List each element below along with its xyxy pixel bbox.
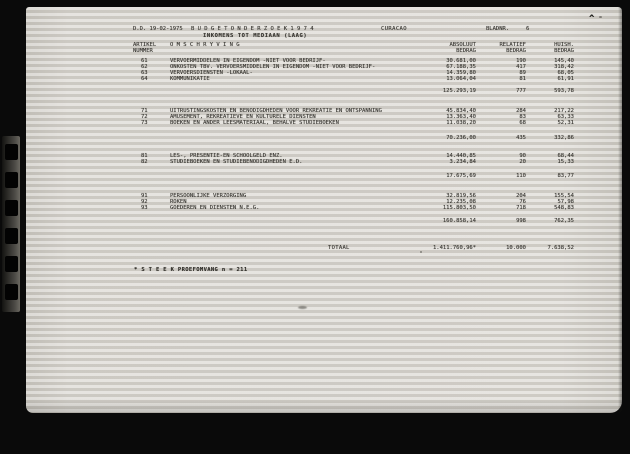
page-number: 6 [526,26,529,32]
subtotal-relatief-cell: 435 [476,135,526,141]
artikel-cell [141,218,170,224]
omschrijving-cell [170,173,396,179]
binding-hole [5,172,18,188]
report-title: B U D G E T O N D E R Z O E K 1 9 7 4 [191,26,314,32]
col-header-bedrag-2: BEDRAG [476,48,526,54]
subtotal-relatief-cell: 998 [476,218,526,224]
artikel-cell: 73 [141,120,170,126]
date-label: D.D. 19-02-1975 [133,26,183,32]
absoluut-cell: 13.064,04 [396,76,476,82]
total-relatief-cell: 10.000 [476,245,526,251]
artikel-cell [141,173,170,179]
binding-hole [5,256,18,272]
absoluut-cell: 3.234,84 [396,159,476,165]
col-header-nummer: NUMMER [133,48,170,54]
table-section: 91PERSOONLIJKE VERZORGING32.819,56204155… [141,193,574,224]
huish-cell: 52,31 [526,120,574,126]
scanned-paper: D.D. 19-02-1975 B U D G E T O N D E R Z … [26,7,622,413]
subtotal-absoluut-cell: 160.858,14 [396,218,476,224]
artikel-cell: 82 [141,159,170,165]
scan-speck [298,306,307,309]
huish-cell: 61,91 [526,76,574,82]
table-section: 71UITRUSTINGSKOSTEN EN BENODIGDHEDEN VOO… [141,108,574,141]
omschrijving-cell: KOMMUNIKATIE [170,76,396,82]
artikel-cell: 93 [141,205,170,211]
subtotal-row: 17.675,6911083,77 [141,173,574,179]
huish-cell: 548,83 [526,205,574,211]
total-row: TOTAAL 1.411.760,96* 10.000 7.638,52 [141,245,574,251]
col-header-bedrag-3: BEDRAG [526,48,574,54]
table-row: 82STUDIEBOEKEN EN STUDIEBENODIGDHEDEN E.… [141,159,574,165]
sample-size-footnote: * S T E E K PROEFOMVANG n = 211 [134,267,248,273]
binding-hole [5,200,18,216]
relatief-cell: 20 [476,159,526,165]
subtotal-absoluut-cell: 17.675,69 [396,173,476,179]
table-section: 81LES-, PRESENTIE-EN SCHOOLGELD ENZ.14.4… [141,153,574,179]
scan-speck [599,16,602,18]
artikel-cell: 64 [141,76,170,82]
omschrijving-cell [170,218,396,224]
huish-cell: 15,33 [526,159,574,165]
table-section: 61VERVOERMIDDELEN IN EIGENDOM -NIET VOOR… [141,58,574,94]
subtotal-relatief-cell: 777 [476,88,526,94]
subtotal-row: 160.858,14998762,35 [141,218,574,224]
omschrijving-cell: GOEDEREN EN DIENSTEN N.E.G. [170,205,396,211]
binding-hole [5,284,18,300]
omschrijving-cell: BOEKEN EN ANDER LEESMATERIAAL, BEHALVE S… [170,120,396,126]
subtotal-huish-cell: 332,86 [526,135,574,141]
scan-mark: ^ [589,16,598,23]
subtotal-huish-cell: 593,78 [526,88,574,94]
absoluut-cell: 11.038,20 [396,120,476,126]
relatief-cell: 68 [476,120,526,126]
report-subtitle: INKOMENS TOT MEDIAAN (LAAG) [203,33,307,39]
subtotal-absoluut-cell: 125.293,19 [396,88,476,94]
subtotal-huish-cell: 83,77 [526,173,574,179]
absoluut-cell: 115.803,50 [396,205,476,211]
omschrijving-cell [170,135,396,141]
binding-hole [5,144,18,160]
scan-speck [420,251,422,253]
table-row: 64KOMMUNIKATIE13.064,048161,91 [141,76,574,82]
binding-edge [2,136,20,312]
subtotal-row: 125.293,19777593,78 [141,88,574,94]
subtotal-absoluut-cell: 70.236,00 [396,135,476,141]
artikel-cell [141,88,170,94]
total-absoluut-cell: 1.411.760,96* [396,245,476,251]
omschrijving-cell [170,88,396,94]
artikel-cell [141,135,170,141]
omschrijving-cell: STUDIEBOEKEN EN STUDIEBENODIGDHEDEN E.D. [170,159,396,165]
table-row: 73BOEKEN EN ANDER LEESMATERIAAL, BEHALVE… [141,120,574,126]
page-number-label: BLADNR. [486,26,509,32]
table-column-headers: ARTIKEL O M S C H R Y V I N G ABSOLUUT R… [133,42,574,54]
subtotal-relatief-cell: 110 [476,173,526,179]
relatief-cell: 81 [476,76,526,82]
total-label: TOTAAL [170,245,396,251]
total-huish-cell: 7.638,52 [526,245,574,251]
binding-hole [5,228,18,244]
col-header-bedrag-1: BEDRAG [396,48,476,54]
subtotal-row: 70.236,00435332,86 [141,135,574,141]
location-label: CURACAO [381,26,407,32]
subtotal-huish-cell: 762,35 [526,218,574,224]
table-row: 93GOEDEREN EN DIENSTEN N.E.G.115.803,507… [141,205,574,211]
relatief-cell: 718 [476,205,526,211]
